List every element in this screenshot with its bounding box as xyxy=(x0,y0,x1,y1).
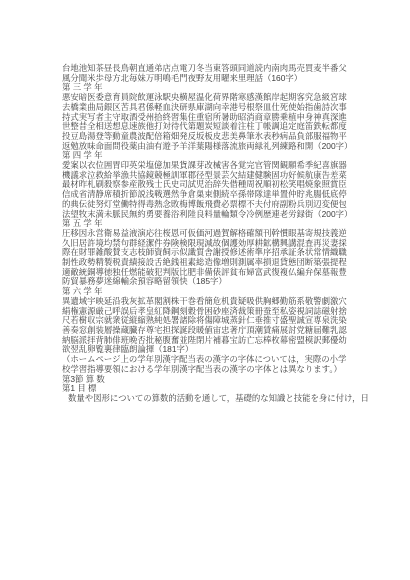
section-3-arithmetic-heading: 第3節 算 数 xyxy=(62,375,350,385)
grade-5-block: 第 五 学 年 圧移因永営衛易益液演応往桜恩可仮価河過賀解格確額刊幹慣眼基寄規技… xyxy=(62,219,350,287)
grade-4-kanji-list: 愛案以衣位囲胃印英栄塩億加果貨課芽改械害各覚完官管関観願希季紀喜旗器機議求泣救給… xyxy=(62,161,350,219)
grade-5-kanji-list: 圧移因永営衛易益液演応往桜恩可仮価河過賀解格確額刊幹慣眼基寄規技義逆久旧居許境均… xyxy=(62,229,350,287)
grade-6-block: 第 六 学 年 異遺域宇映延沿我灰拡革閣割株干巻看簡危机貴疑吸供胸郷勤筋系敬警劇… xyxy=(62,287,350,355)
arithmetic-goal-paragraph: 数量や図形についての算数的活動を通して，基礎的な知識と技能を身に付け，日 xyxy=(62,394,350,404)
grade-4-block: 第 四 学 年 愛案以衣位囲胃印英栄塩億加果貨課芽改械害各覚完官管関観願希季紀喜… xyxy=(62,151,350,219)
document-content: 台地池知茶昼長鳥朝直通弟店点電刀冬当東答頭同道読内南肉馬売買麦半番父風分聞米歩母… xyxy=(62,64,350,404)
grade-2-kanji-list-tail: 台地池知茶昼長鳥朝直通弟店点電刀冬当東答頭同道読内南肉馬売買麦半番父風分聞米歩母… xyxy=(62,64,350,83)
grade-3-kanji-list: 悪安暗医委意育員院飲運泳駅央横屋温化荷界階寒感漢館岸起期客究急級宮球去橋業曲局銀… xyxy=(62,93,350,151)
grade-3-block: 第 三 学 年 悪安暗医委意育員院飲運泳駅央横屋温化荷界階寒感漢館岸起期客究急級… xyxy=(62,83,350,151)
kanji-glyph-style-note: （ホームページ上の学年別漢字配当表の漢字の字体については，実際の小学校学習指導要… xyxy=(62,355,350,374)
document-page: 台地池知茶昼長鳥朝直通弟店点電刀冬当東答頭同道読内南肉馬売買麦半番父風分聞米歩母… xyxy=(0,0,410,580)
grade-6-kanji-list: 異遺域宇映延沿我灰拡革閣割株干巻看簡危机貴疑吸供胸郷勤筋系敬警劇激穴絹権憲源厳己… xyxy=(62,297,350,355)
